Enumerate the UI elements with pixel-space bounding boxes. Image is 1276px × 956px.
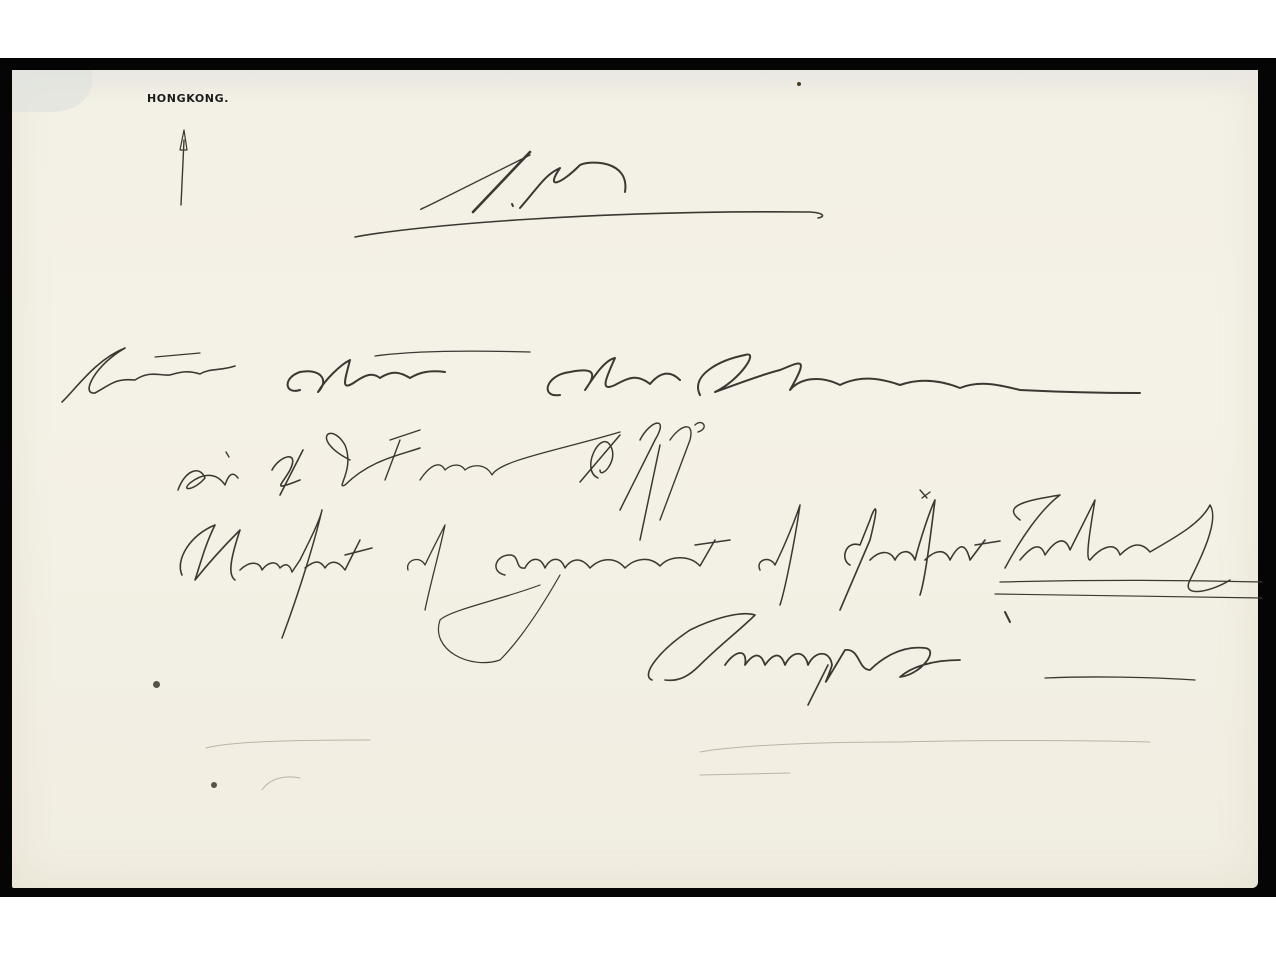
ink-speck xyxy=(153,681,160,688)
arrow-mark-icon xyxy=(180,130,187,205)
ink-speck xyxy=(797,82,801,86)
handwriting-layer xyxy=(0,0,1276,956)
address-line-1-handwriting xyxy=(62,348,1140,402)
ink-speck xyxy=(211,782,217,788)
address-line-2-handwriting xyxy=(178,423,704,540)
top-notation-handwriting xyxy=(355,152,823,237)
address-line-3-handwriting xyxy=(180,490,1262,663)
pencil-notes xyxy=(206,740,1150,790)
address-line-4-handwriting xyxy=(648,612,1195,705)
